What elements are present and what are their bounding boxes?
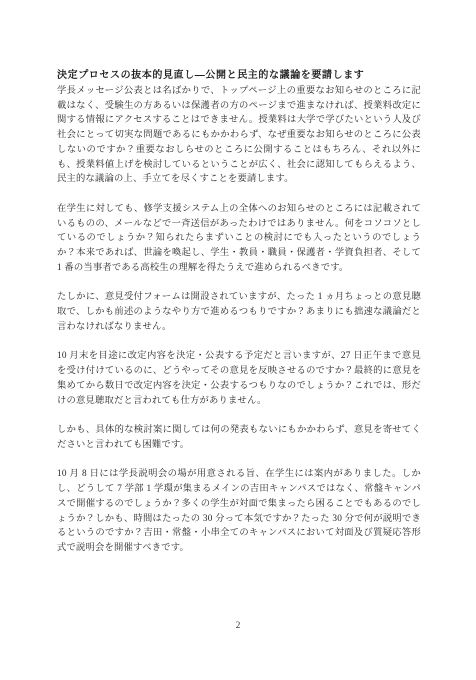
paragraph-4: 10 月末を目途に改定内容を決定・公表する予定だと言いますが、27 日正午まで意… xyxy=(57,349,421,408)
paragraph-3: たしかに、意見受付フォームは開設されていますが、たった 1 ヵ月ちょっとの意見聴… xyxy=(57,290,421,334)
paragraph-6: 10 月 8 日には学長説明会の場が用意される旨、在学生には案内がありました。し… xyxy=(57,467,421,556)
paragraph-1: 学長メッセージ公表とは名ばかりで、トップページ上の重要なお知らせのところに記載は… xyxy=(57,84,421,187)
document-heading: 決定プロセスの抜本的見直し—公開と民主的な議論を要請します xyxy=(57,69,421,84)
page-number: 2 xyxy=(0,621,476,631)
paragraph-5: しかも、具体的な検討案に関しては何の発表もないにもかかわらず、意見を寄せてくださ… xyxy=(57,423,421,453)
document-page: 決定プロセスの抜本的見直し—公開と民主的な議論を要請します 学長メッセージ公表と… xyxy=(0,0,476,680)
paragraph-2: 在学生に対しても、修学支援システム上の全体へのお知らせのところには記載されている… xyxy=(57,202,421,276)
document-body: 決定プロセスの抜本的見直し—公開と民主的な議論を要請します 学長メッセージ公表と… xyxy=(57,69,421,571)
